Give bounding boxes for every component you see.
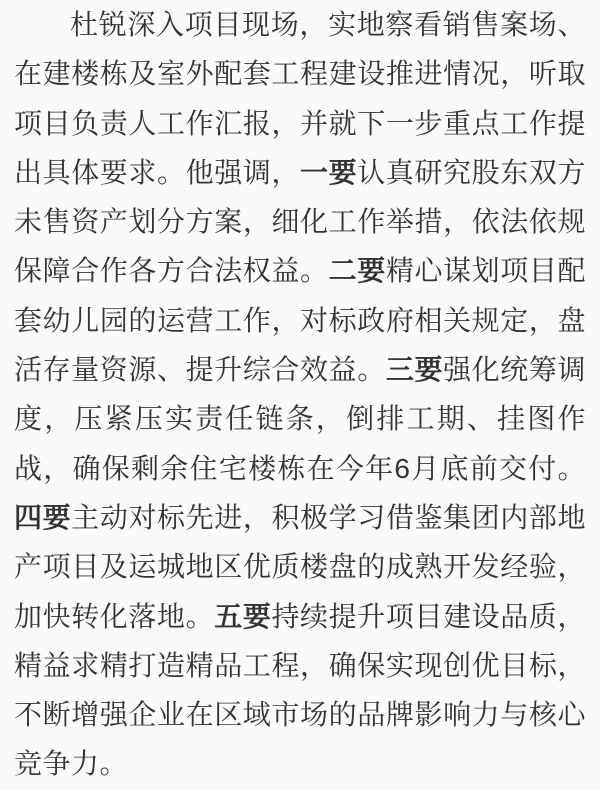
emphasis-point-3: 三要 [386,354,443,385]
article-paragraph: 杜锐深入项目现场，实地察看销售案场、在建楼栋及室外配套工程建设推进情况，听取项目… [14,0,586,789]
emphasis-point-4: 四要 [14,502,71,533]
emphasis-point-1: 一要 [300,157,357,188]
emphasis-point-2: 二要 [329,255,386,286]
article-body: 杜锐深入项目现场，实地察看销售案场、在建楼栋及室外配套工程建设推进情况，听取项目… [0,0,600,789]
emphasis-point-5: 五要 [214,601,271,632]
